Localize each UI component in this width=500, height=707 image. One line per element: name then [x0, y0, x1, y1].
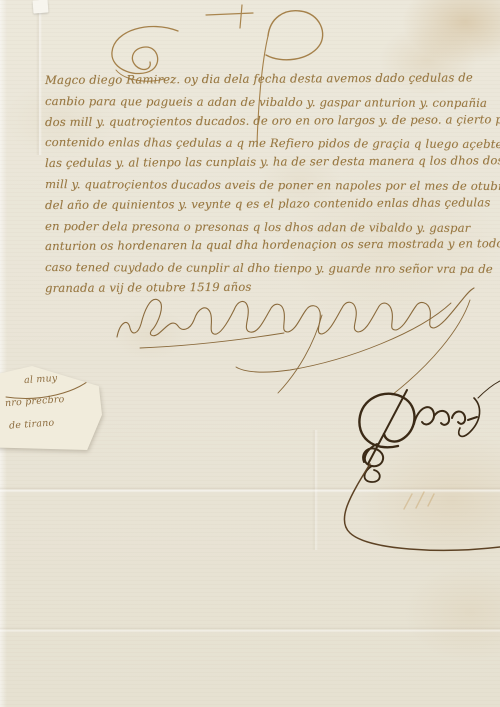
letter-line: Magco diego Ramirez. oy dia dela fecha d… — [45, 67, 475, 90]
letter-line: anturion os hordenaren la qual dha horde… — [45, 234, 475, 257]
letter-line: del año de quinientos y. veynte q es el … — [45, 192, 475, 215]
paper-repair-tab — [33, 0, 49, 14]
letter-line: las çedulas y. al tienpo las cunplais y.… — [45, 151, 475, 174]
letter-line: dos mill y. quatroçientos ducados. de or… — [45, 109, 475, 132]
letter-dateline: granada a vij de otubre 1519 años — [45, 275, 475, 298]
address-fragment: al muy nro precbro de tirano — [0, 366, 102, 450]
letter-body: Magco diego Ramirez. oy dia dela fecha d… — [45, 70, 475, 299]
manuscript-photo: Magco diego Ramirez. oy dia dela fecha d… — [0, 0, 500, 707]
fragment-line: al muy — [24, 373, 58, 386]
address-fragment-paper: al muy nro precbro de tirano — [0, 366, 102, 450]
